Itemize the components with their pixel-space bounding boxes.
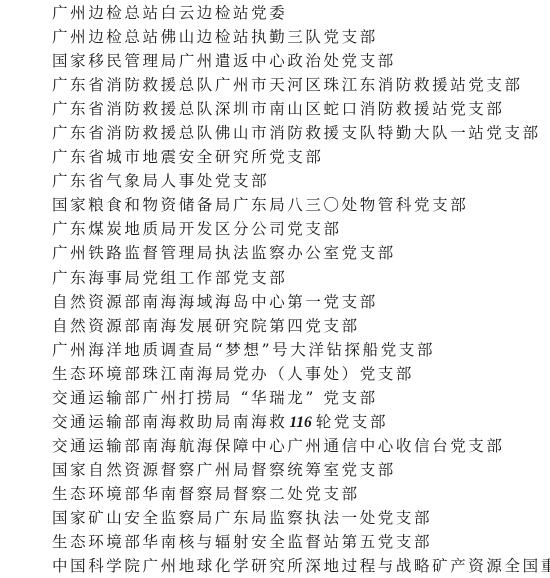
list-item-text-after: 轮党支部 <box>316 413 388 431</box>
list-item: 广州海洋地质调查局“梦想”号大洋钻探船党支部 <box>52 338 550 362</box>
list-item: 广东省消防救援总队广州市天河区珠江东消防救援站党支部 <box>52 73 550 97</box>
list-item: 自然资源部南海发展研究院第四党支部 <box>52 314 550 338</box>
list-item: 广东省城市地震安全研究所党支部 <box>52 145 550 169</box>
list-item: 交通运输部南海航海保障中心广州通信中心收信台党支部 <box>52 434 550 458</box>
list-item: 自然资源部南海海域海岛中心第一党支部 <box>52 290 550 314</box>
list-item: 中国科学院广州地球化学研究所深地过程与战略矿产资源全国重点 <box>52 554 550 578</box>
list-item: 广东省消防救援总队深圳市南山区蛇口消防救援站党支部 <box>52 97 550 121</box>
list-item: 生态环境部华南督察局督察二处党支部 <box>52 482 550 506</box>
list-item: 广州边检总站白云边检站党委 <box>52 1 550 25</box>
list-item: 广州边检总站佛山边检站执勤三队党支部 <box>52 25 550 49</box>
list-item: 广州铁路监督管理局执法监察办公室党支部 <box>52 241 550 265</box>
list-item: 广东海事局党组工作部党支部 <box>52 266 550 290</box>
list-item: 广东煤炭地质局开发区分公司党支部 <box>52 217 550 241</box>
list-item: 广东省气象局人事处党支部 <box>52 169 550 193</box>
list-item: 国家移民管理局广州遣返中心政治处党支部 <box>52 49 550 73</box>
list-item: 国家矿山安全监察局广东局监察执法一处党支部 <box>52 506 550 530</box>
list-item: 交通运输部南海救助局南海救116轮党支部 <box>52 410 550 434</box>
list-item: 生态环境部珠江南海局党办（人事处）党支部 <box>52 362 550 386</box>
list-item: 国家自然资源督察广州局督察统筹室党支部 <box>52 458 550 482</box>
list-item-text-before: 交通运输部南海救助局南海救 <box>52 413 287 431</box>
list-item: 国家粮食和物资储备局广东局八三〇处物管科党支部 <box>52 193 550 217</box>
ship-number: 116 <box>287 414 315 431</box>
list-item: 交通运输部广州打捞局 “华瑞龙” 党支部 <box>52 386 550 410</box>
document-body: 广州边检总站白云边检站党委 广州边检总站佛山边检站执勤三队党支部 国家移民管理局… <box>52 1 550 578</box>
list-item: 广东省消防救援总队佛山市消防救援支队特勤大队一站党支部 <box>52 121 550 145</box>
list-item: 生态环境部华南核与辐射安全监督站第五党支部 <box>52 530 550 554</box>
